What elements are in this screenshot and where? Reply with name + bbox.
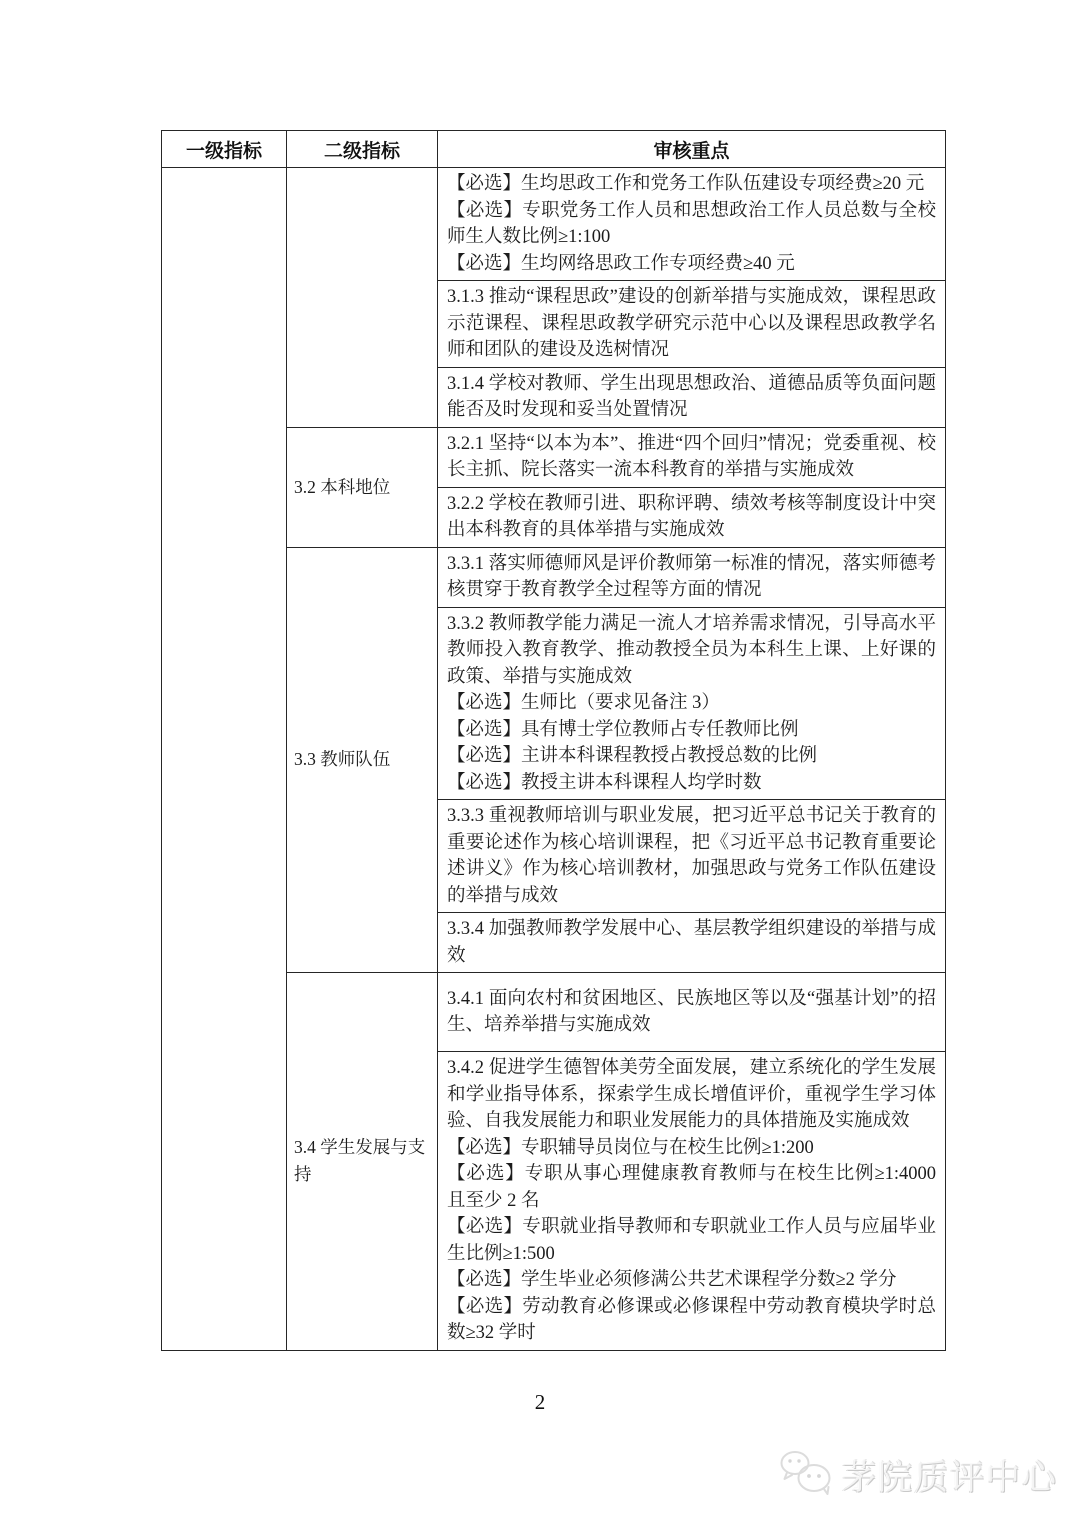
watermark: 茅院质评中心 bbox=[778, 1448, 1058, 1501]
col-header-focus: 审核重点 bbox=[438, 131, 946, 168]
paragraph: 3.4.1 面向农村和贫困地区、民族地区等以及“强基计划”的招生、培养举措与实施… bbox=[447, 986, 936, 1039]
paragraph: 3.4.2 促进学生德智体美劳全面发展，建立系统化的学生发展和学业指导体系，探索… bbox=[447, 1055, 936, 1135]
paragraph: 【必选】生均网络思政工作专项经费≥40 元 bbox=[447, 251, 936, 278]
paragraph: 【必选】劳动教育必修课或必修课程中劳动教育模块学时总数≥32 学时 bbox=[447, 1294, 936, 1347]
paragraph: 【必选】专职党务工作人员和思想政治工作人员总数与全校师生人数比例≥1:100 bbox=[447, 198, 936, 251]
review-focus-cell: 3.1.3 推动“课程思政”建设的创新举措与实施成效，课程思政示范课程、课程思政… bbox=[438, 281, 946, 368]
paragraph: 【必选】教授主讲本科课程人均学时数 bbox=[447, 770, 936, 797]
paragraph: 【必选】主讲本科课程教授占教授总数的比例 bbox=[447, 743, 936, 770]
paragraph: 3.3.4 加强教师教学发展中心、基层教学组织建设的举措与成效 bbox=[447, 916, 936, 969]
paragraph: 【必选】生师比（要求见备注 3） bbox=[447, 690, 936, 717]
paragraph: 3.3.2 教师教学能力满足一流人才培养需求情况，引导高水平教师投入教育教学、推… bbox=[447, 611, 936, 691]
review-focus-cell: 3.4.2 促进学生德智体美劳全面发展，建立系统化的学生发展和学业指导体系，探索… bbox=[438, 1052, 946, 1351]
paragraph: 【必选】专职从事心理健康教育教师与在校生比例≥1:4000 且至少 2 名 bbox=[447, 1161, 936, 1214]
paragraph: 【必选】专职就业指导教师和专职就业工作人员与应届毕业生比例≥1:500 bbox=[447, 1214, 936, 1267]
review-focus-cell: 3.3.4 加强教师教学发展中心、基层教学组织建设的举措与成效 bbox=[438, 913, 946, 973]
review-focus-cell: 【必选】生均思政工作和党务工作队伍建设专项经费≥20 元【必选】专职党务工作人员… bbox=[438, 168, 946, 281]
review-focus-cell: 3.1.4 学校对教师、学生出现思想政治、道德品质等负面问题能否及时发现和妥当处… bbox=[438, 367, 946, 427]
paragraph: 3.3.1 落实师德师风是评价教师第一标准的情况，落实师德考核贯穿于教育教学全过… bbox=[447, 551, 936, 604]
paragraph: 【必选】生均思政工作和党务工作队伍建设专项经费≥20 元 bbox=[447, 171, 936, 198]
paragraph: 3.2.1 坚持“以本为本”、推进“四个回归”情况；党委重视、校长主抓、院长落实… bbox=[447, 431, 936, 484]
level2-indicator-cell: 3.2 本科地位 bbox=[287, 427, 438, 547]
page-number: 2 bbox=[0, 1390, 1080, 1415]
paragraph: 3.2.2 学校在教师引进、职称评聘、绩效考核等制度设计中突出本科教育的具体举措… bbox=[447, 491, 936, 544]
paragraph: 【必选】专职辅导员岗位与在校生比例≥1:200 bbox=[447, 1135, 936, 1162]
level2-indicator-cell: 3.3 教师队伍 bbox=[287, 547, 438, 973]
review-focus-cell: 3.4.1 面向农村和贫困地区、民族地区等以及“强基计划”的招生、培养举措与实施… bbox=[438, 973, 946, 1052]
col-header-level1: 一级指标 bbox=[162, 131, 287, 168]
col-header-level2: 二级指标 bbox=[287, 131, 438, 168]
document-page: { "table": { "headers": ["一级指标", "二级指标",… bbox=[0, 0, 1080, 1527]
review-focus-cell: 3.3.1 落实师德师风是评价教师第一标准的情况，落实师德考核贯穿于教育教学全过… bbox=[438, 547, 946, 607]
evaluation-table: 一级指标 二级指标 审核重点 【必选】生均思政工作和党务工作队伍建设专项经费≥2… bbox=[161, 130, 946, 1351]
paragraph: 【必选】学生毕业必须修满公共艺术课程学分数≥2 学分 bbox=[447, 1267, 936, 1294]
paragraph: 3.1.3 推动“课程思政”建设的创新举措与实施成效，课程思政示范课程、课程思政… bbox=[447, 284, 936, 364]
paragraph: 3.1.4 学校对教师、学生出现思想政治、道德品质等负面问题能否及时发现和妥当处… bbox=[447, 371, 936, 424]
review-focus-cell: 3.3.3 重视教师培训与职业发展，把习近平总书记关于教育的重要论述作为核心培训… bbox=[438, 800, 946, 913]
paragraph: 3.3.3 重视教师培训与职业发展，把习近平总书记关于教育的重要论述作为核心培训… bbox=[447, 803, 936, 909]
table-header-row: 一级指标 二级指标 审核重点 bbox=[162, 131, 946, 168]
watermark-text: 茅院质评中心 bbox=[842, 1450, 1058, 1499]
paragraph: 【必选】具有博士学位教师占专任教师比例 bbox=[447, 717, 936, 744]
review-focus-cell: 3.2.1 坚持“以本为本”、推进“四个回归”情况；党委重视、校长主抓、院长落实… bbox=[438, 427, 946, 487]
review-focus-cell: 3.2.2 学校在教师引进、职称评聘、绩效考核等制度设计中突出本科教育的具体举措… bbox=[438, 487, 946, 547]
level2-indicator-cell bbox=[287, 168, 438, 428]
level2-indicator-cell: 3.4 学生发展与支持 bbox=[287, 973, 438, 1351]
table-row: 【必选】生均思政工作和党务工作队伍建设专项经费≥20 元【必选】专职党务工作人员… bbox=[162, 168, 946, 281]
wechat-icon bbox=[778, 1448, 834, 1501]
review-focus-cell: 3.3.2 教师教学能力满足一流人才培养需求情况，引导高水平教师投入教育教学、推… bbox=[438, 607, 946, 800]
level1-indicator-cell bbox=[162, 168, 287, 1351]
